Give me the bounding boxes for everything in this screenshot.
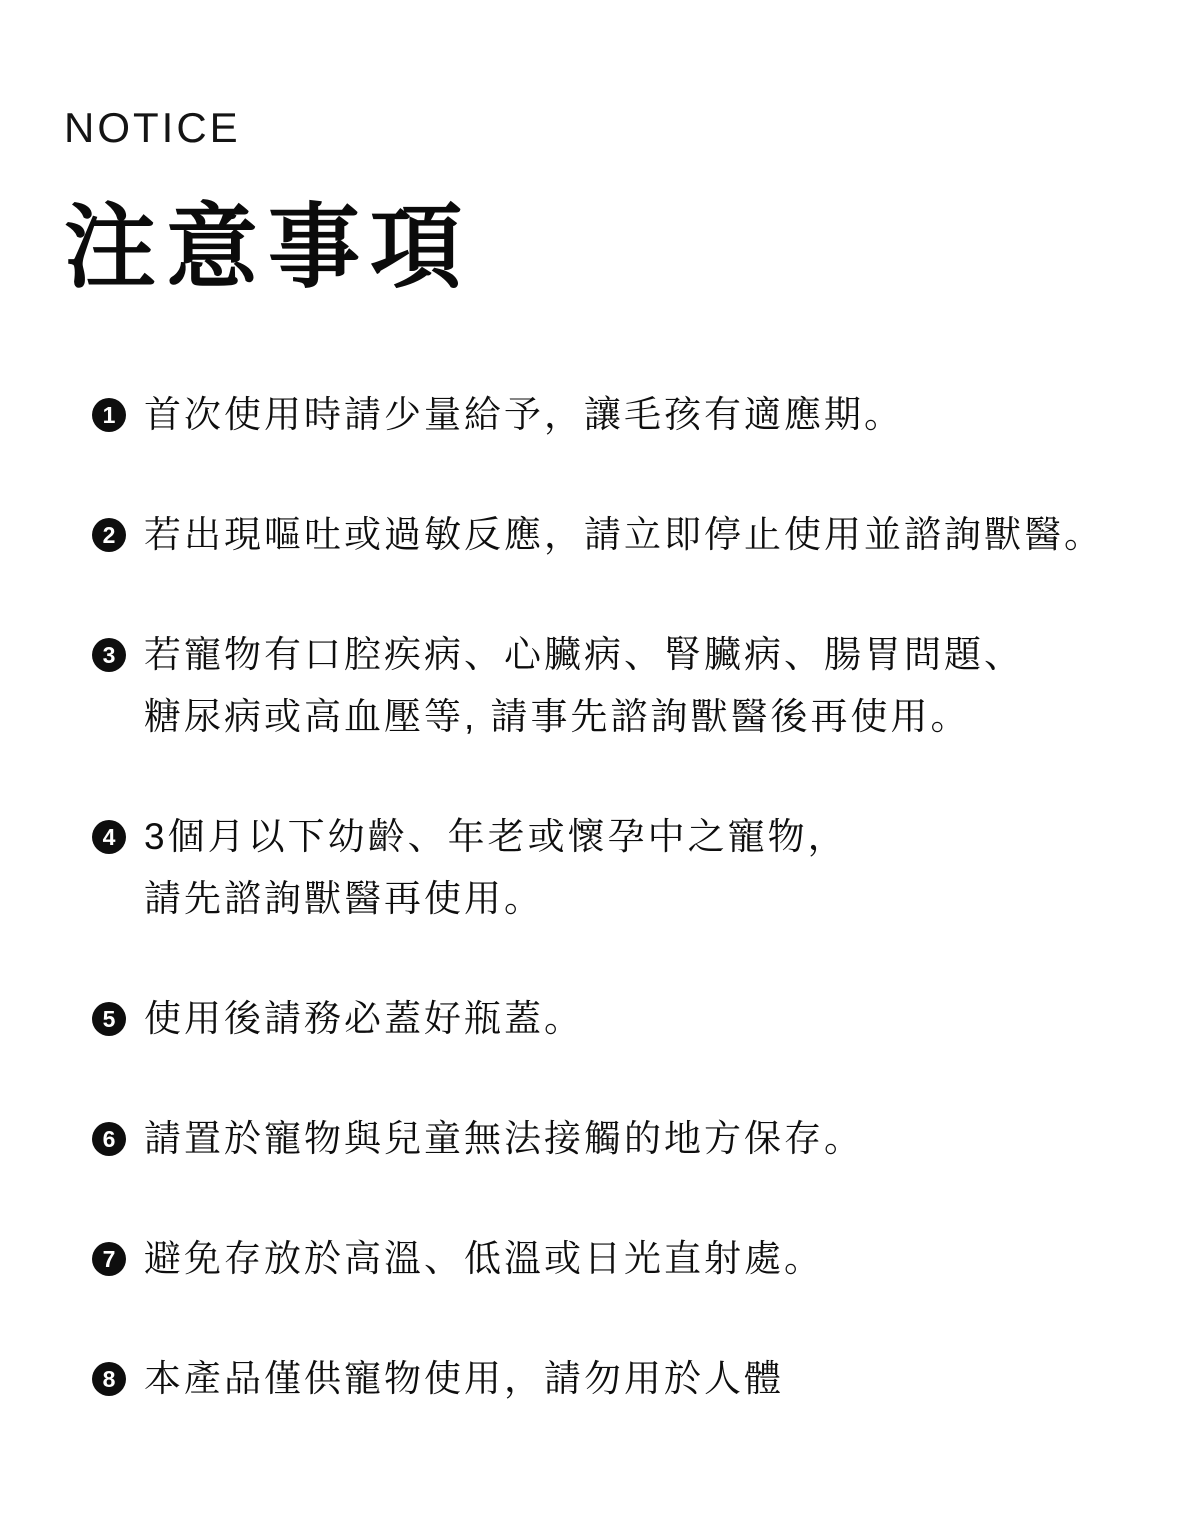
item-number-badge: 4 <box>92 820 126 854</box>
item-number-badge: 2 <box>92 518 126 552</box>
item-text: 首次使用時請少量給予，讓毛孩有適應期。 <box>144 384 904 446</box>
notice-item-8: 8 本產品僅供寵物使用，請勿用於人體 <box>92 1348 1142 1410</box>
item-number-badge: 5 <box>92 1002 126 1036</box>
item-number-badge: 6 <box>92 1122 126 1156</box>
item-text: 請置於寵物與兒童無法接觸的地方保存。 <box>144 1108 864 1170</box>
notice-item-7: 7 避免存放於高溫、低溫或日光直射處。 <box>92 1228 1142 1290</box>
notice-item-4: 4 3個月以下幼齡、年老或懷孕中之寵物， 請先諮詢獸醫再使用。 <box>92 806 1142 930</box>
page-title: 注意事項 <box>64 198 1202 298</box>
item-text: 若出現嘔吐或過敏反應，請立即停止使用並諮詢獸醫。 <box>144 504 1104 566</box>
notice-item-3: 3 若寵物有口腔疾病、心臟病、腎臟病、腸胃問題、 糖尿病或高血壓等, 請事先諮詢… <box>92 624 1142 748</box>
item-text: 本產品僅供寵物使用，請勿用於人體 <box>144 1348 784 1410</box>
notice-item-5: 5 使用後請務必蓋好瓶蓋。 <box>92 988 1142 1050</box>
page-header: NOTICE 注意事項 <box>0 0 1202 298</box>
notice-item-1: 1 首次使用時請少量給予，讓毛孩有適應期。 <box>92 384 1142 446</box>
item-number-badge: 1 <box>92 398 126 432</box>
item-number-badge: 3 <box>92 638 126 672</box>
item-number-badge: 8 <box>92 1362 126 1396</box>
item-number-badge: 7 <box>92 1242 126 1276</box>
notice-list: 1 首次使用時請少量給予，讓毛孩有適應期。 2 若出現嘔吐或過敏反應，請立即停止… <box>0 384 1202 1410</box>
notice-item-6: 6 請置於寵物與兒童無法接觸的地方保存。 <box>92 1108 1142 1170</box>
item-text: 避免存放於高溫、低溫或日光直射處。 <box>144 1228 824 1290</box>
item-text: 使用後請務必蓋好瓶蓋。 <box>144 988 584 1050</box>
notice-item-2: 2 若出現嘔吐或過敏反應，請立即停止使用並諮詢獸醫。 <box>92 504 1142 566</box>
eyebrow-label: NOTICE <box>64 106 1202 150</box>
item-text: 3個月以下幼齡、年老或懷孕中之寵物， 請先諮詢獸醫再使用。 <box>144 806 848 930</box>
notice-page: NOTICE 注意事項 1 首次使用時請少量給予，讓毛孩有適應期。 2 若出現嘔… <box>0 0 1202 1533</box>
item-text: 若寵物有口腔疾病、心臟病、腎臟病、腸胃問題、 糖尿病或高血壓等, 請事先諮詢獸醫… <box>144 624 1024 748</box>
